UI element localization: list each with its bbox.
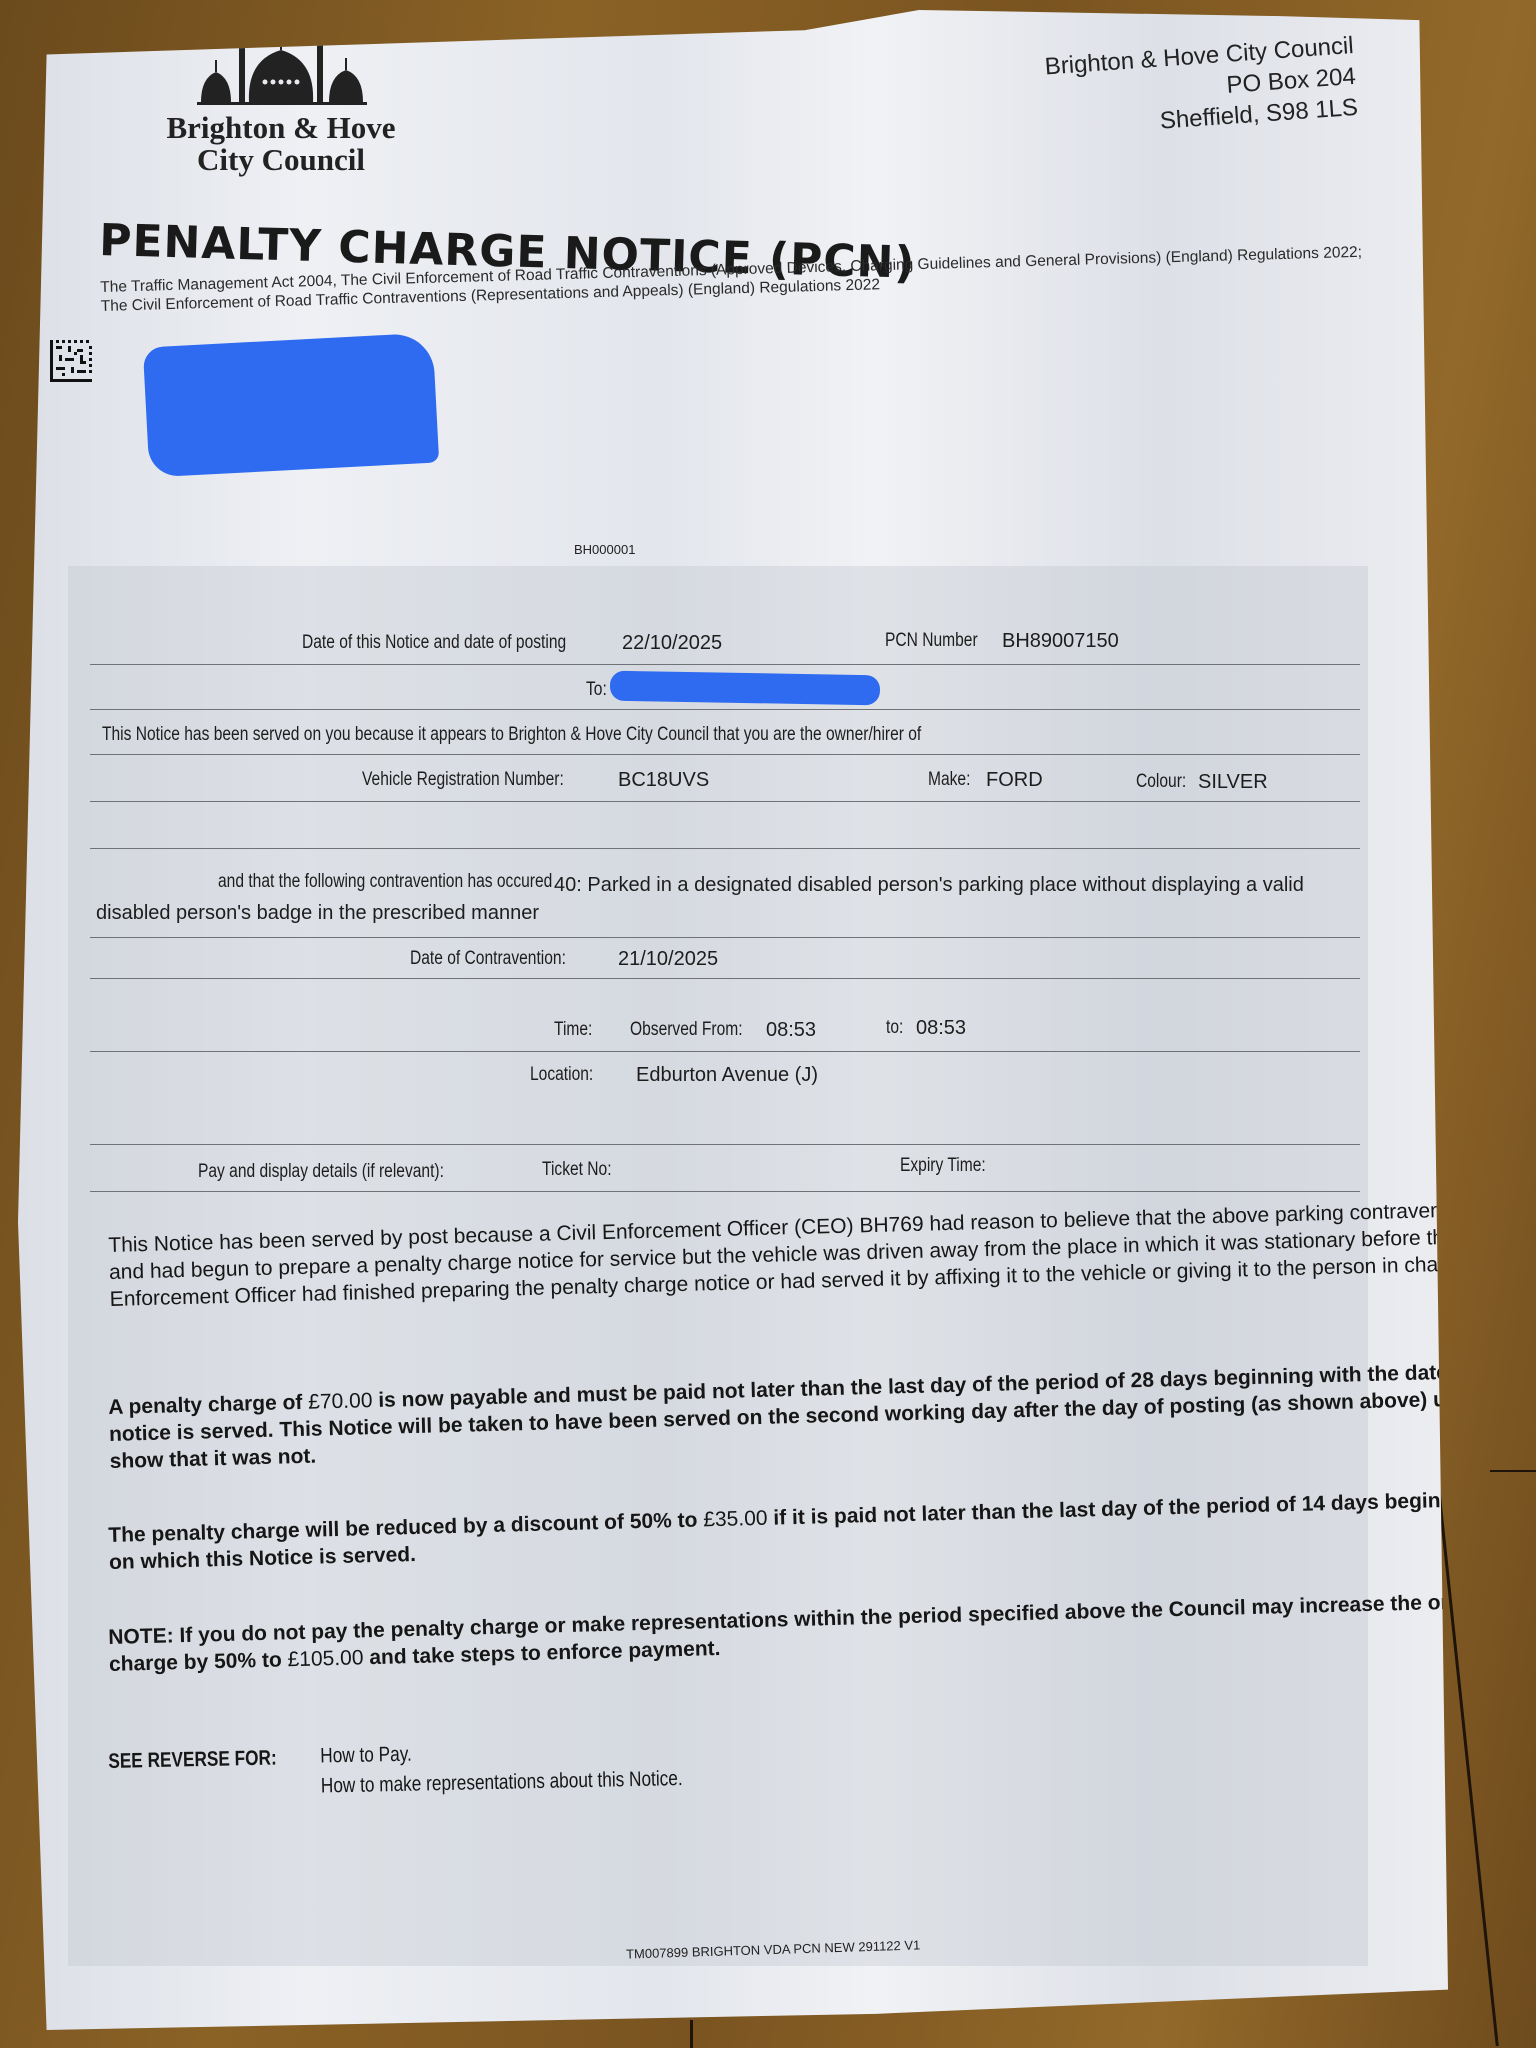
time-label: Time:	[554, 1019, 592, 1041]
ceo-paragraph: This Notice has been served by post beca…	[108, 1232, 1348, 1313]
ceo-id: BH769	[859, 1213, 924, 1238]
see-reverse-list: How to Pay. How to make representations …	[320, 1734, 683, 1802]
discount-amount: £35.00	[703, 1507, 768, 1532]
time-row: Time: Observed From: 08:53 to: 08:53	[90, 979, 1360, 1052]
discount-paragraph: The penalty charge will be reduced by a …	[108, 1522, 1348, 1576]
observed-to-label: to:	[886, 1017, 903, 1039]
redacted-recipient-name	[610, 671, 880, 706]
council-logo: Brighton & Hove City Council	[136, 16, 426, 176]
notice-date-label: Date of this Notice and date of posting	[302, 632, 566, 654]
side-barcode-number: 17611272550005880102000 / 1545	[26, 1831, 40, 2020]
contravention-date-row: Date of Contravention: 21/10/2025	[90, 938, 1360, 979]
vrn-label: Vehicle Registration Number:	[362, 769, 564, 791]
pay-display-row: Pay and display details (if relevant): T…	[90, 1145, 1360, 1192]
datamatrix-barcode-icon	[50, 340, 92, 382]
return-address: Brighton & Hove City Council PO Box 204 …	[1043, 30, 1358, 144]
vehicle-row: Vehicle Registration Number: BC18UVS Mak…	[90, 755, 1360, 802]
see-reverse-label: SEE REVERSE FOR:	[108, 1746, 277, 1774]
contravention-value: 40: Parked in a designated disabled pers…	[96, 871, 1336, 927]
observed-from-value: 08:53	[766, 1019, 816, 1042]
logo-name-line2: City Council	[136, 144, 426, 176]
penalty-amount: £70.00	[308, 1389, 373, 1414]
wood-seam	[1490, 1470, 1536, 1472]
observed-to-value: 08:53	[916, 1017, 966, 1040]
contravention-row: and that the following contravention has…	[90, 849, 1360, 938]
contravention-date-value: 21/10/2025	[618, 948, 718, 971]
expiry-time-label: Expiry Time:	[900, 1155, 986, 1177]
redacted-recipient-address	[143, 333, 439, 478]
logo-name-line1: Brighton & Hove	[136, 112, 426, 144]
recipient-reference: BH000001	[574, 542, 635, 557]
pcn-details-form: Date of this Notice and date of posting …	[90, 620, 1360, 1192]
notice-date-row: Date of this Notice and date of posting …	[90, 620, 1360, 665]
contravention-date-label: Date of Contravention:	[410, 948, 566, 970]
observed-from-label: Observed From:	[630, 1019, 743, 1041]
pay-display-label: Pay and display details (if relevant):	[198, 1161, 444, 1183]
increased-amount: £105.00	[287, 1646, 363, 1671]
colour-label: Colour:	[1136, 771, 1186, 793]
blank-row	[90, 802, 1360, 849]
served-statement-row: This Notice has been served on you becau…	[90, 710, 1360, 755]
pcn-number-label: PCN Number	[885, 630, 978, 652]
charge-text-start: A penalty charge of	[108, 1391, 303, 1419]
vrn-value: BC18UVS	[618, 769, 709, 792]
charge-paragraph: A penalty charge of £70.00 is now payabl…	[108, 1394, 1348, 1475]
penalty-charge-notice-paper: Brighton & Hove City Council Brighton & …	[18, 10, 1448, 2030]
location-label: Location:	[530, 1064, 593, 1086]
make-label: Make:	[928, 769, 970, 791]
to-label: To:	[586, 679, 607, 701]
served-statement: This Notice has been served on you becau…	[102, 724, 921, 746]
make-value: FORD	[986, 769, 1043, 792]
note-text-end: and take steps to enforce payment.	[369, 1637, 721, 1669]
location-row: Location: Edburton Avenue (J)	[90, 1052, 1360, 1145]
to-row: To:	[90, 665, 1360, 710]
wood-seam	[690, 2020, 693, 2048]
pcn-number-value: BH89007150	[1002, 630, 1119, 653]
royal-pavilion-domes-icon	[191, 16, 371, 112]
ticket-no-label: Ticket No:	[542, 1159, 612, 1181]
colour-value: SILVER	[1198, 771, 1268, 794]
notice-date-value: 22/10/2025	[622, 632, 722, 655]
location-value: Edburton Avenue (J)	[636, 1064, 818, 1087]
note-paragraph: NOTE: If you do not pay the penalty char…	[108, 1624, 1348, 1678]
